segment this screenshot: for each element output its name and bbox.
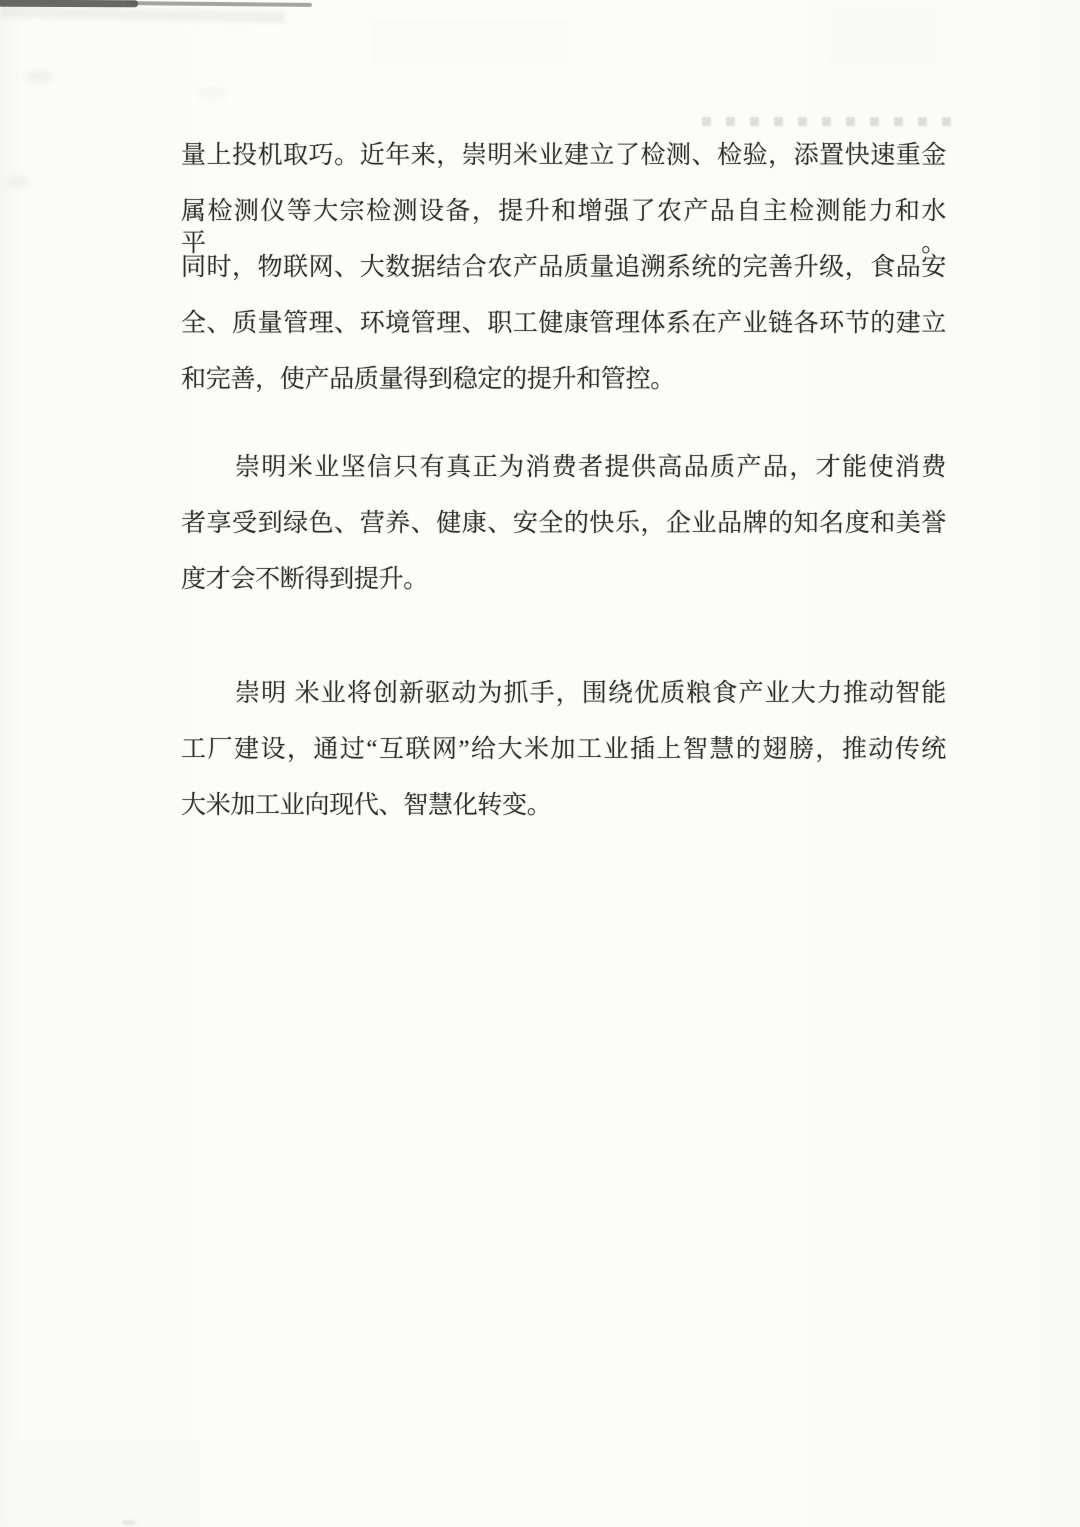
scanned-document-page: 量上投机取巧。近年来，崇明米业建立了检测、检验，添置快速重金 属检测仪等大宗检测… bbox=[0, 0, 1080, 1527]
paragraph: 量上投机取巧。近年来，崇明米业建立了检测、检验，添置快速重金 属检测仪等大宗检测… bbox=[181, 140, 946, 420]
text-line: 属检测仪等大宗检测设备，提升和增强了农产品自主检测能力和水平。 bbox=[181, 196, 946, 252]
paragraph: 崇明米业坚信只有真正为消费者提供高品质产品，才能使消费 者享受到绿色、营养、健康… bbox=[181, 452, 946, 620]
document-text-block: 量上投机取巧。近年来，崇明米业建立了检测、检验，添置快速重金 属检测仪等大宗检测… bbox=[181, 140, 946, 846]
text-line: 大米加工业向现代、智慧化转变。 bbox=[181, 790, 946, 846]
scan-smudge bbox=[26, 70, 52, 84]
text-line: 和完善，使产品质量得到稳定的提升和管控。 bbox=[181, 364, 946, 420]
text-line: 工厂建设，通过“互联网”给大米加工业插上智慧的翅膀，推动传统 bbox=[181, 734, 946, 790]
text-line: 度才会不断得到提升。 bbox=[181, 564, 946, 620]
scan-streak-artifact bbox=[126, 1, 312, 7]
scan-smudge bbox=[7, 176, 29, 188]
scan-light-patch bbox=[370, 20, 570, 65]
scan-smudge bbox=[122, 1520, 136, 1525]
text-line: 同时，物联网、大数据结合农产品质量追溯系统的完善升级，食品安 bbox=[181, 252, 946, 308]
text-line: 量上投机取巧。近年来，崇明米业建立了检测、检验，添置快速重金 bbox=[181, 140, 946, 196]
scan-light-patch bbox=[0, 1440, 200, 1527]
text-line: 者享受到绿色、营养、健康、安全的快乐，企业品牌的知名度和美誉 bbox=[181, 508, 946, 564]
scan-streak-artifact bbox=[0, 6, 285, 22]
text-line: 崇明 米业将创新驱动为抓手，围绕优质粮食产业大力推动智能 bbox=[181, 678, 946, 734]
scan-smudge bbox=[196, 88, 228, 98]
scan-ghost-marks bbox=[702, 117, 952, 126]
scan-light-patch bbox=[830, 8, 935, 63]
text-line: 崇明米业坚信只有真正为消费者提供高品质产品，才能使消费 bbox=[181, 452, 946, 508]
paragraph: 崇明 米业将创新驱动为抓手，围绕优质粮食产业大力推动智能 工厂建设，通过“互联网… bbox=[181, 678, 946, 846]
text-line: 全、质量管理、环境管理、职工健康管理体系在产业链各环节的建立 bbox=[181, 308, 946, 364]
